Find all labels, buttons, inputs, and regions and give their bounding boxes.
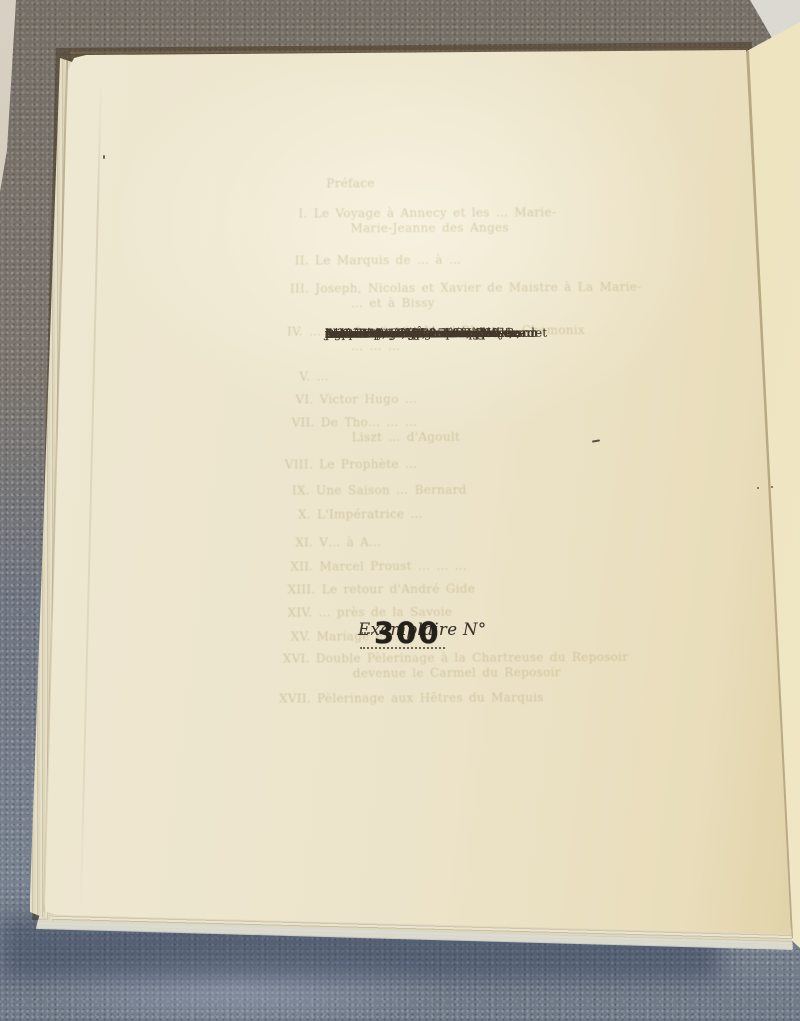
colophon-text: De cet ouvragemis en pages par le Maître… [325, 326, 570, 327]
showthrough-text: PréfaceI. Le Voyage à Annecy et les … Ma… [0, 0, 800, 1021]
showthrough-line: XVI. Double Pèlerinage à la Chartreuse d… [283, 650, 629, 666]
showthrough-line: XII. Marcel Proust … … … [290, 559, 467, 574]
showthrough-line: VII. De Tho… … … [292, 415, 418, 430]
showthrough-line: IX. Une Saison … Bernard [292, 483, 467, 498]
showthrough-line: V. … [299, 369, 328, 383]
showthrough-line: XIII. Le retour d'André Gide [287, 582, 475, 597]
showthrough-line: Liszt … d'Agoult [352, 430, 461, 445]
exemplaire-number-stamp: 300 [360, 623, 445, 649]
showthrough-line: VIII. Le Prophète … [285, 457, 417, 472]
showthrough-line: I. Le Voyage à Annecy et les … Marie- [298, 205, 556, 220]
showthrough-line: Marie-Jeanne des Anges [350, 220, 508, 235]
showthrough-line: devenue le Carmel du Reposoir [353, 665, 561, 680]
showthrough-line: Préface [326, 176, 375, 190]
ink-speck [771, 486, 773, 488]
ink-speck [103, 155, 105, 159]
colophon-line: juillet 1946 [325, 327, 397, 341]
showthrough-line: XVII. Pèlerinage aux Hêtres du Marquis [279, 690, 544, 705]
ink-speck [757, 487, 759, 489]
showthrough-line: II. Le Marquis de … à … [295, 253, 462, 268]
showthrough-line: VI. Victor Hugo … [295, 392, 417, 407]
showthrough-line: X. L'Impératrice … [298, 507, 423, 522]
showthrough-line: … … … [351, 339, 400, 353]
showthrough-line: XI. V… à A… [295, 535, 381, 549]
showthrough-line: … et à Bissy [351, 296, 435, 310]
showthrough-line: III. Joseph, Nicolas et Xavier de Maistr… [290, 280, 642, 296]
photo-of-book-page: PréfaceI. Le Voyage à Annecy et les … Ma… [0, 0, 800, 1021]
